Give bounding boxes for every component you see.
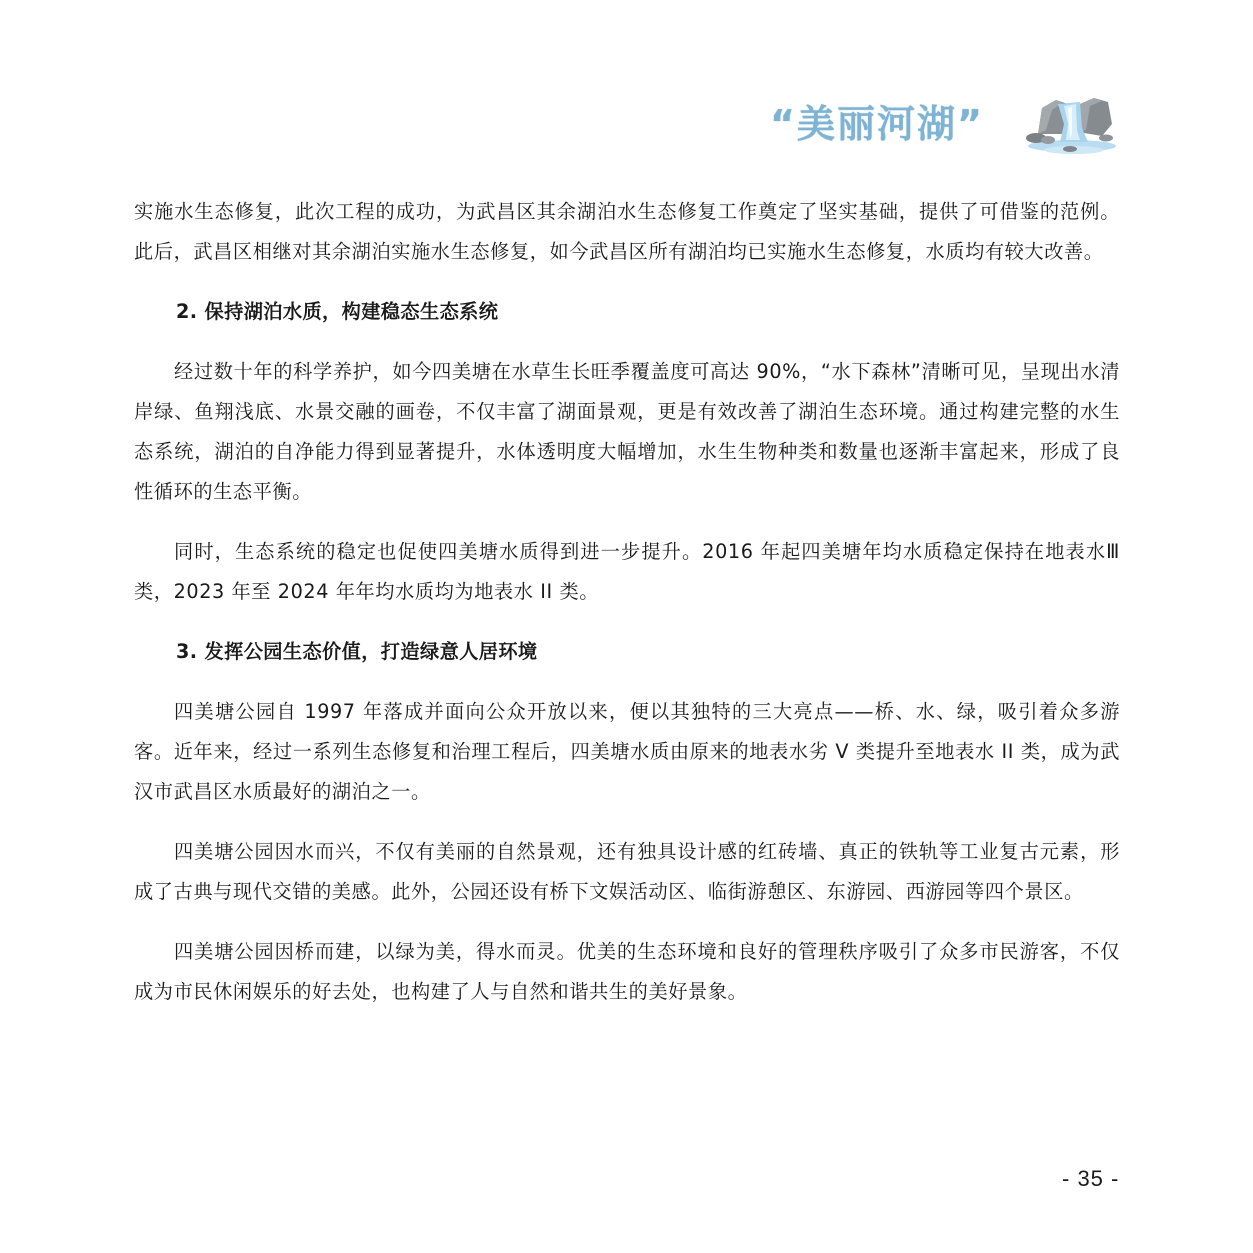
page-number: - 35 - bbox=[1062, 1166, 1119, 1192]
section-3-paragraph: 四美塘公园因水而兴，不仅有美丽的自然景观，还有独具设计感的红砖墙、真正的铁轨等工… bbox=[134, 832, 1120, 912]
document-body: 实施水生态修复，此次工程的成功，为武昌区其余湖泊水生态修复工作奠定了坚实基础，提… bbox=[134, 192, 1120, 1012]
header-title: “美丽河湖” bbox=[770, 105, 984, 143]
section-3-paragraph: 四美塘公园自 1997 年落成并面向公众开放以来，便以其独特的三大亮点——桥、水… bbox=[134, 692, 1120, 812]
section-3-paragraph: 四美塘公园因桥而建，以绿为美，得水而灵。优美的生态环境和良好的管理秩序吸引了众多… bbox=[134, 932, 1120, 1012]
section-2-paragraph: 经过数十年的科学养护，如今四美塘在水草生长旺季覆盖度可高达 90%，“水下森林”… bbox=[134, 352, 1120, 512]
intro-paragraph: 实施水生态修复，此次工程的成功，为武昌区其余湖泊水生态修复工作奠定了坚实基础，提… bbox=[134, 192, 1120, 272]
page-header: “美丽河湖” bbox=[770, 92, 1130, 156]
section-2-heading: 2. 保持湖泊水质，构建稳态生态系统 bbox=[134, 292, 1120, 332]
waterfall-rocks-icon bbox=[1022, 94, 1118, 156]
section-2-paragraph: 同时，生态系统的稳定也促使四美塘水质得到进一步提升。2016 年起四美塘年均水质… bbox=[134, 532, 1120, 612]
section-3-heading: 3. 发挥公园生态价值，打造绿意人居环境 bbox=[134, 632, 1120, 672]
